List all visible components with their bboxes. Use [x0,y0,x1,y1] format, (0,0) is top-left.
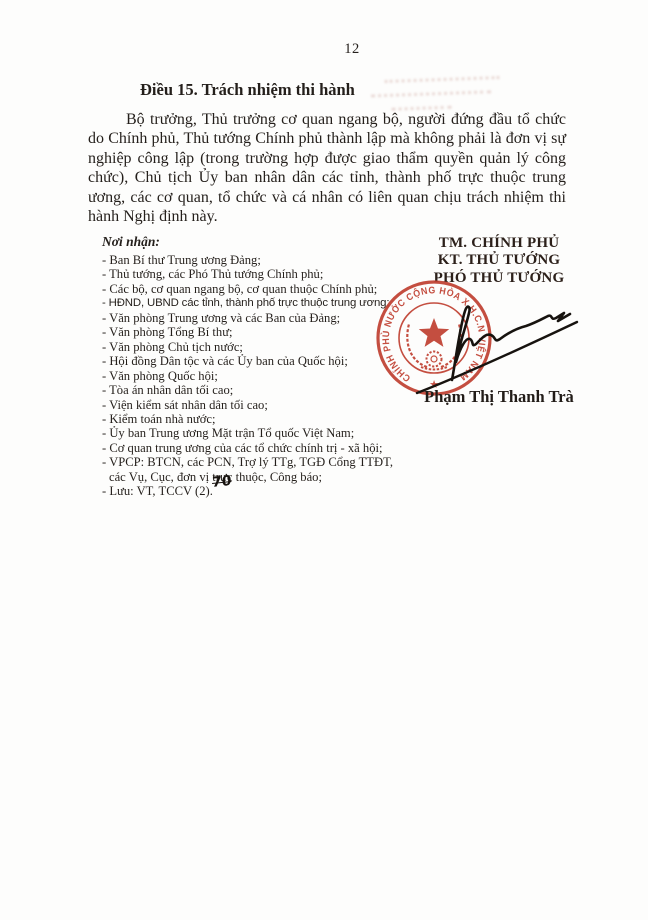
recipient-item: - Văn phòng Quốc hội; [102,369,404,383]
article-heading: Điều 15. Trách nhiệm thi hành [140,80,355,100]
recipients-label: Nơi nhận: [102,234,404,250]
signature-underline [417,322,577,393]
bleedthrough-row [371,90,491,100]
signature-main-stroke [452,307,570,380]
document-page: 12 Điều 15. Trách nhiệm thi hành Bộ trưở… [0,0,648,920]
authority-line: TM. CHÍNH PHỦ [368,235,630,252]
signer-name: Phạm Thị Thanh Trà [368,387,630,407]
recipient-item: - Kiểm toán nhà nước; [102,412,404,426]
recipient-item: - Tòa án nhân dân tối cao; [102,383,404,397]
signature-stroke [398,288,598,403]
recipient-item: - Văn phòng Trung ương và các Ban của Đả… [102,311,404,325]
article-body-paragraph: Bộ trưởng, Thủ trưởng cơ quan ngang bộ, … [88,110,566,226]
recipients-block: Nơi nhận: - Ban Bí thư Trung ương Đảng; … [102,234,404,499]
recipient-item: - Lưu: VT, TCCV (2). [102,484,404,498]
handwritten-note: 70 [212,473,231,491]
bleedthrough-row [385,76,500,86]
recipient-item: - Ủy ban Trung ương Mặt trận Tổ quốc Việ… [102,426,404,440]
recipient-item: - Cơ quan trung ương của các tổ chức chí… [102,441,404,455]
recipient-item: - Hội đồng Dân tộc và các Ủy ban của Quố… [102,354,404,368]
recipient-item: - Các bộ, cơ quan ngang bộ, cơ quan thuộ… [102,282,404,296]
page-number: 12 [56,41,648,58]
recipient-item: - Văn phòng Tổng Bí thư; [102,325,404,339]
recipient-item: - VPCP: BTCN, các PCN, Trợ lý TTg, TGĐ C… [102,455,404,484]
recipient-item: - Viện kiểm sát nhân dân tối cao; [102,398,404,412]
recipient-item: - HĐND, UBND các tỉnh, thành phố trực th… [102,296,404,310]
recipient-item: - Văn phòng Chủ tịch nước; [102,340,404,354]
recipient-item: - Ban Bí thư Trung ương Đảng; [102,253,404,267]
recipient-item: - Thủ tướng, các Phó Thủ tướng Chính phủ… [102,267,404,281]
